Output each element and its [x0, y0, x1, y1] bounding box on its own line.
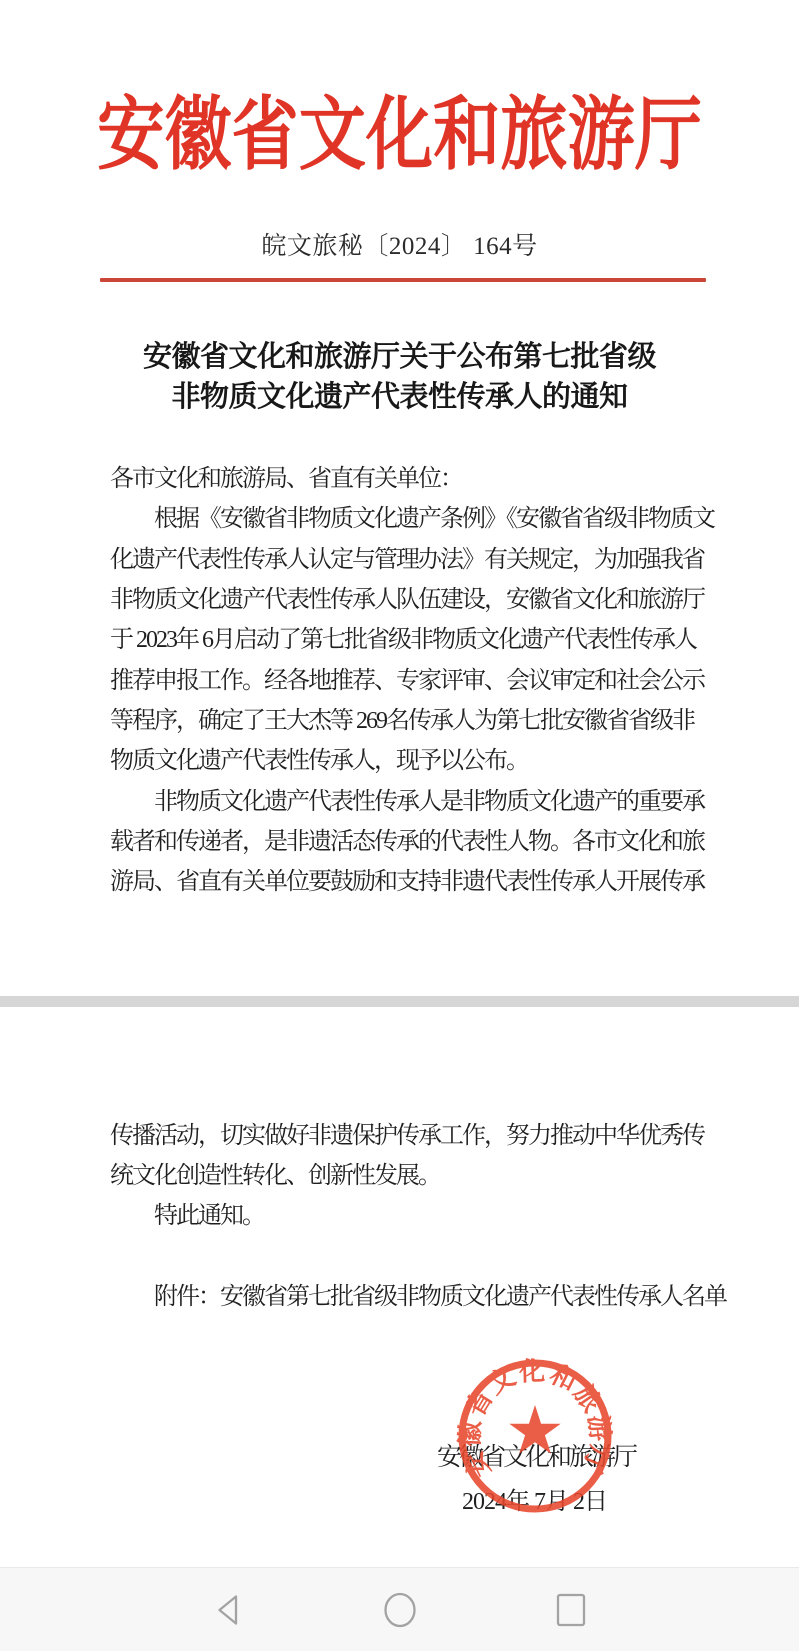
body-line: 物质文化遗产代表性传承人，现予以公布。 [110, 747, 528, 776]
document-title-line1: 安徽省文化和旅游厅关于公布第七批省级 [0, 334, 799, 375]
document-number: 皖文旅秘〔2024〕 164号 [0, 226, 799, 262]
nav-back-button[interactable] [199, 1580, 259, 1640]
page-separator [0, 996, 799, 1007]
body-line: 等程序，确定了王大杰等 269名传承人为第七批安徽省省级非 [110, 707, 694, 736]
body-line: 载者和传递者，是非遗活态传承的代表性人物。各市文化和旅 [110, 828, 704, 857]
body-line: 统文化创造性转化、创新性发展。 [110, 1162, 440, 1191]
body-line: 游局、省直有关单位要鼓励和支持非遗代表性传承人开展传承 [110, 868, 704, 897]
nav-recents-button[interactable] [541, 1580, 601, 1640]
document-title-line2: 非物质文化遗产代表性传承人的通知 [0, 374, 799, 415]
body-line: 非物质文化遗产代表性传承人队伍建设，安徽省文化和旅游厅 [110, 586, 704, 615]
body-line: 化遗产代表性传承人认定与管理办法》有关规定，为加强我省 [110, 546, 704, 575]
android-nav-bar [0, 1567, 799, 1651]
body-line: 传播活动，切实做好非遗保护传承工作，努力推动中华优秀传 [110, 1122, 704, 1151]
recents-square-icon [553, 1592, 589, 1628]
home-circle-icon [382, 1592, 418, 1628]
star-icon [509, 1405, 560, 1454]
body-line: 特此通知。 [110, 1202, 264, 1231]
mobile-document-viewer: 安徽省文化和旅游厅 皖文旅秘〔2024〕 164号 安徽省文化和旅游厅关于公布第… [0, 0, 799, 1651]
letterhead-rule [100, 278, 706, 282]
body-line: 各市文化和旅游局、省直有关单位： [110, 465, 462, 494]
body-line: 于 2023年 6月启动了第七批省级非物质文化遗产代表性传承人 [110, 626, 696, 655]
body-line: 根据《安徽省非物质文化遗产条例》《安徽省省级非物质文 [110, 505, 714, 534]
nav-home-button[interactable] [370, 1580, 430, 1640]
body-line: 非物质文化遗产代表性传承人是非物质文化遗产的重要承 [110, 788, 704, 817]
seal-graphic: 安徽省文化和旅游厅 [455, 1356, 615, 1516]
attachment-line: 附件：安徽省第七批省级非物质文化遗产代表性传承人名单 [110, 1283, 726, 1312]
back-triangle-icon [211, 1592, 247, 1628]
agency-letterhead: 安徽省文化和旅游厅 [64, 92, 735, 180]
body-line: 推荐申报工作。经各地推荐、专家评审、会议审定和社会公示 [110, 667, 704, 696]
official-seal: 安徽省文化和旅游厅 [455, 1356, 615, 1516]
